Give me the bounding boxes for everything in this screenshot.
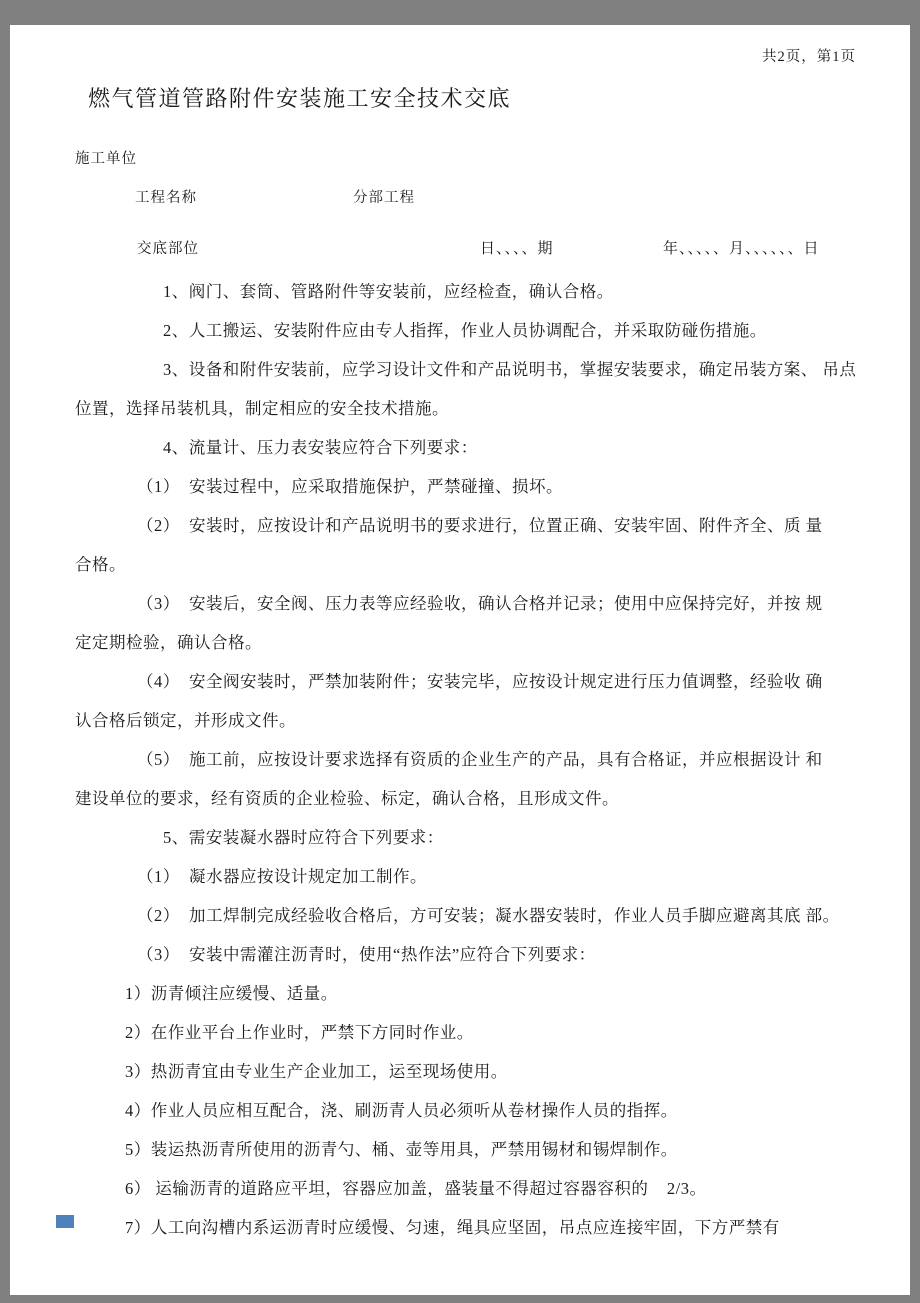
division-project-label: 分部工程 [353, 186, 415, 207]
paragraph: 1、阀门、套筒、管路附件等安装前，应经检查，确认合格。 [75, 272, 865, 311]
paragraph: 1）沥青倾注应缓慢、适量。 [75, 974, 865, 1013]
paragraph: （2） 安装时，应按设计和产品说明书的要求进行，位置正确、安装牢固、附件齐全、质… [75, 506, 865, 584]
project-name-label: 工程名称 [135, 186, 197, 207]
paragraph: （3） 安装中需灌注沥青时，使用“热作法”应符合下列要求： [75, 935, 865, 974]
paragraph: 3、设备和附件安装前，应学习设计文件和产品说明书，掌握安装要求，确定吊装方案、 … [75, 350, 865, 428]
paragraph: （5） 施工前，应按设计要求选择有资质的企业生产的产品，具有合格证，并应根据设计… [75, 740, 865, 818]
paragraph: （1） 凝水器应按设计规定加工制作。 [75, 857, 865, 896]
paragraph: 2、人工搬运、安装附件应由专人指挥，作业人员协调配合，并采取防碰伤措施。 [75, 311, 865, 350]
disclosure-part-label: 交底部位 [137, 237, 199, 258]
blue-marker [56, 1215, 74, 1228]
paragraph: 6） 运输沥青的道路应平坦，容器应加盖，盛装量不得超过容器容积的 2/3。 [75, 1169, 865, 1208]
document-content: 1、阀门、套筒、管路附件等安装前，应经检查，确认合格。2、人工搬运、安装附件应由… [75, 272, 865, 1247]
page-indicator: 共2页，第1页 [762, 45, 856, 66]
paragraph: （1） 安装过程中，应采取措施保护，严禁碰撞、损坏。 [75, 467, 865, 506]
paragraph: 4、流量计、压力表安装应符合下列要求： [75, 428, 865, 467]
paragraph: 2）在作业平台上作业时，严禁下方同时作业。 [75, 1013, 865, 1052]
paragraph: 4）作业人员应相互配合，浇、刷沥青人员必须听从卷材操作人员的指挥。 [75, 1091, 865, 1130]
paragraph: 7）人工向沟槽内系运沥青时应缓慢、匀速，绳具应坚固，吊点应连接牢固，下方严禁有 [75, 1208, 865, 1247]
date-blank-field: 年、、、、、月、、、、、、日 [663, 237, 820, 258]
document-title: 燃气管道管路附件安装施工安全技术交底 [88, 82, 511, 113]
paragraph: 5）装运热沥青所使用的沥青勺、桶、壶等用具，严禁用锡材和锡焊制作。 [75, 1130, 865, 1169]
paragraph: 3）热沥青宜由专业生产企业加工，运至现场使用。 [75, 1052, 865, 1091]
paragraph: （2） 加工焊制完成经验收合格后，方可安装；凝水器安装时，作业人员手脚应避离其底… [75, 896, 865, 935]
paragraph: 5、需安装凝水器时应符合下列要求： [75, 818, 865, 857]
construction-unit-label: 施工单位 [75, 147, 137, 168]
document-page: 共2页，第1页 燃气管道管路附件安装施工安全技术交底 施工单位 工程名称 分部工… [10, 25, 910, 1295]
paragraph: （3） 安装后，安全阀、压力表等应经验收，确认合格并记录；使用中应保持完好，并按… [75, 584, 865, 662]
date-label: 日、、、、期 [480, 237, 554, 258]
paragraph: （4） 安全阀安装时，严禁加装附件；安装完毕，应按设计规定进行压力值调整，经验收… [75, 662, 865, 740]
